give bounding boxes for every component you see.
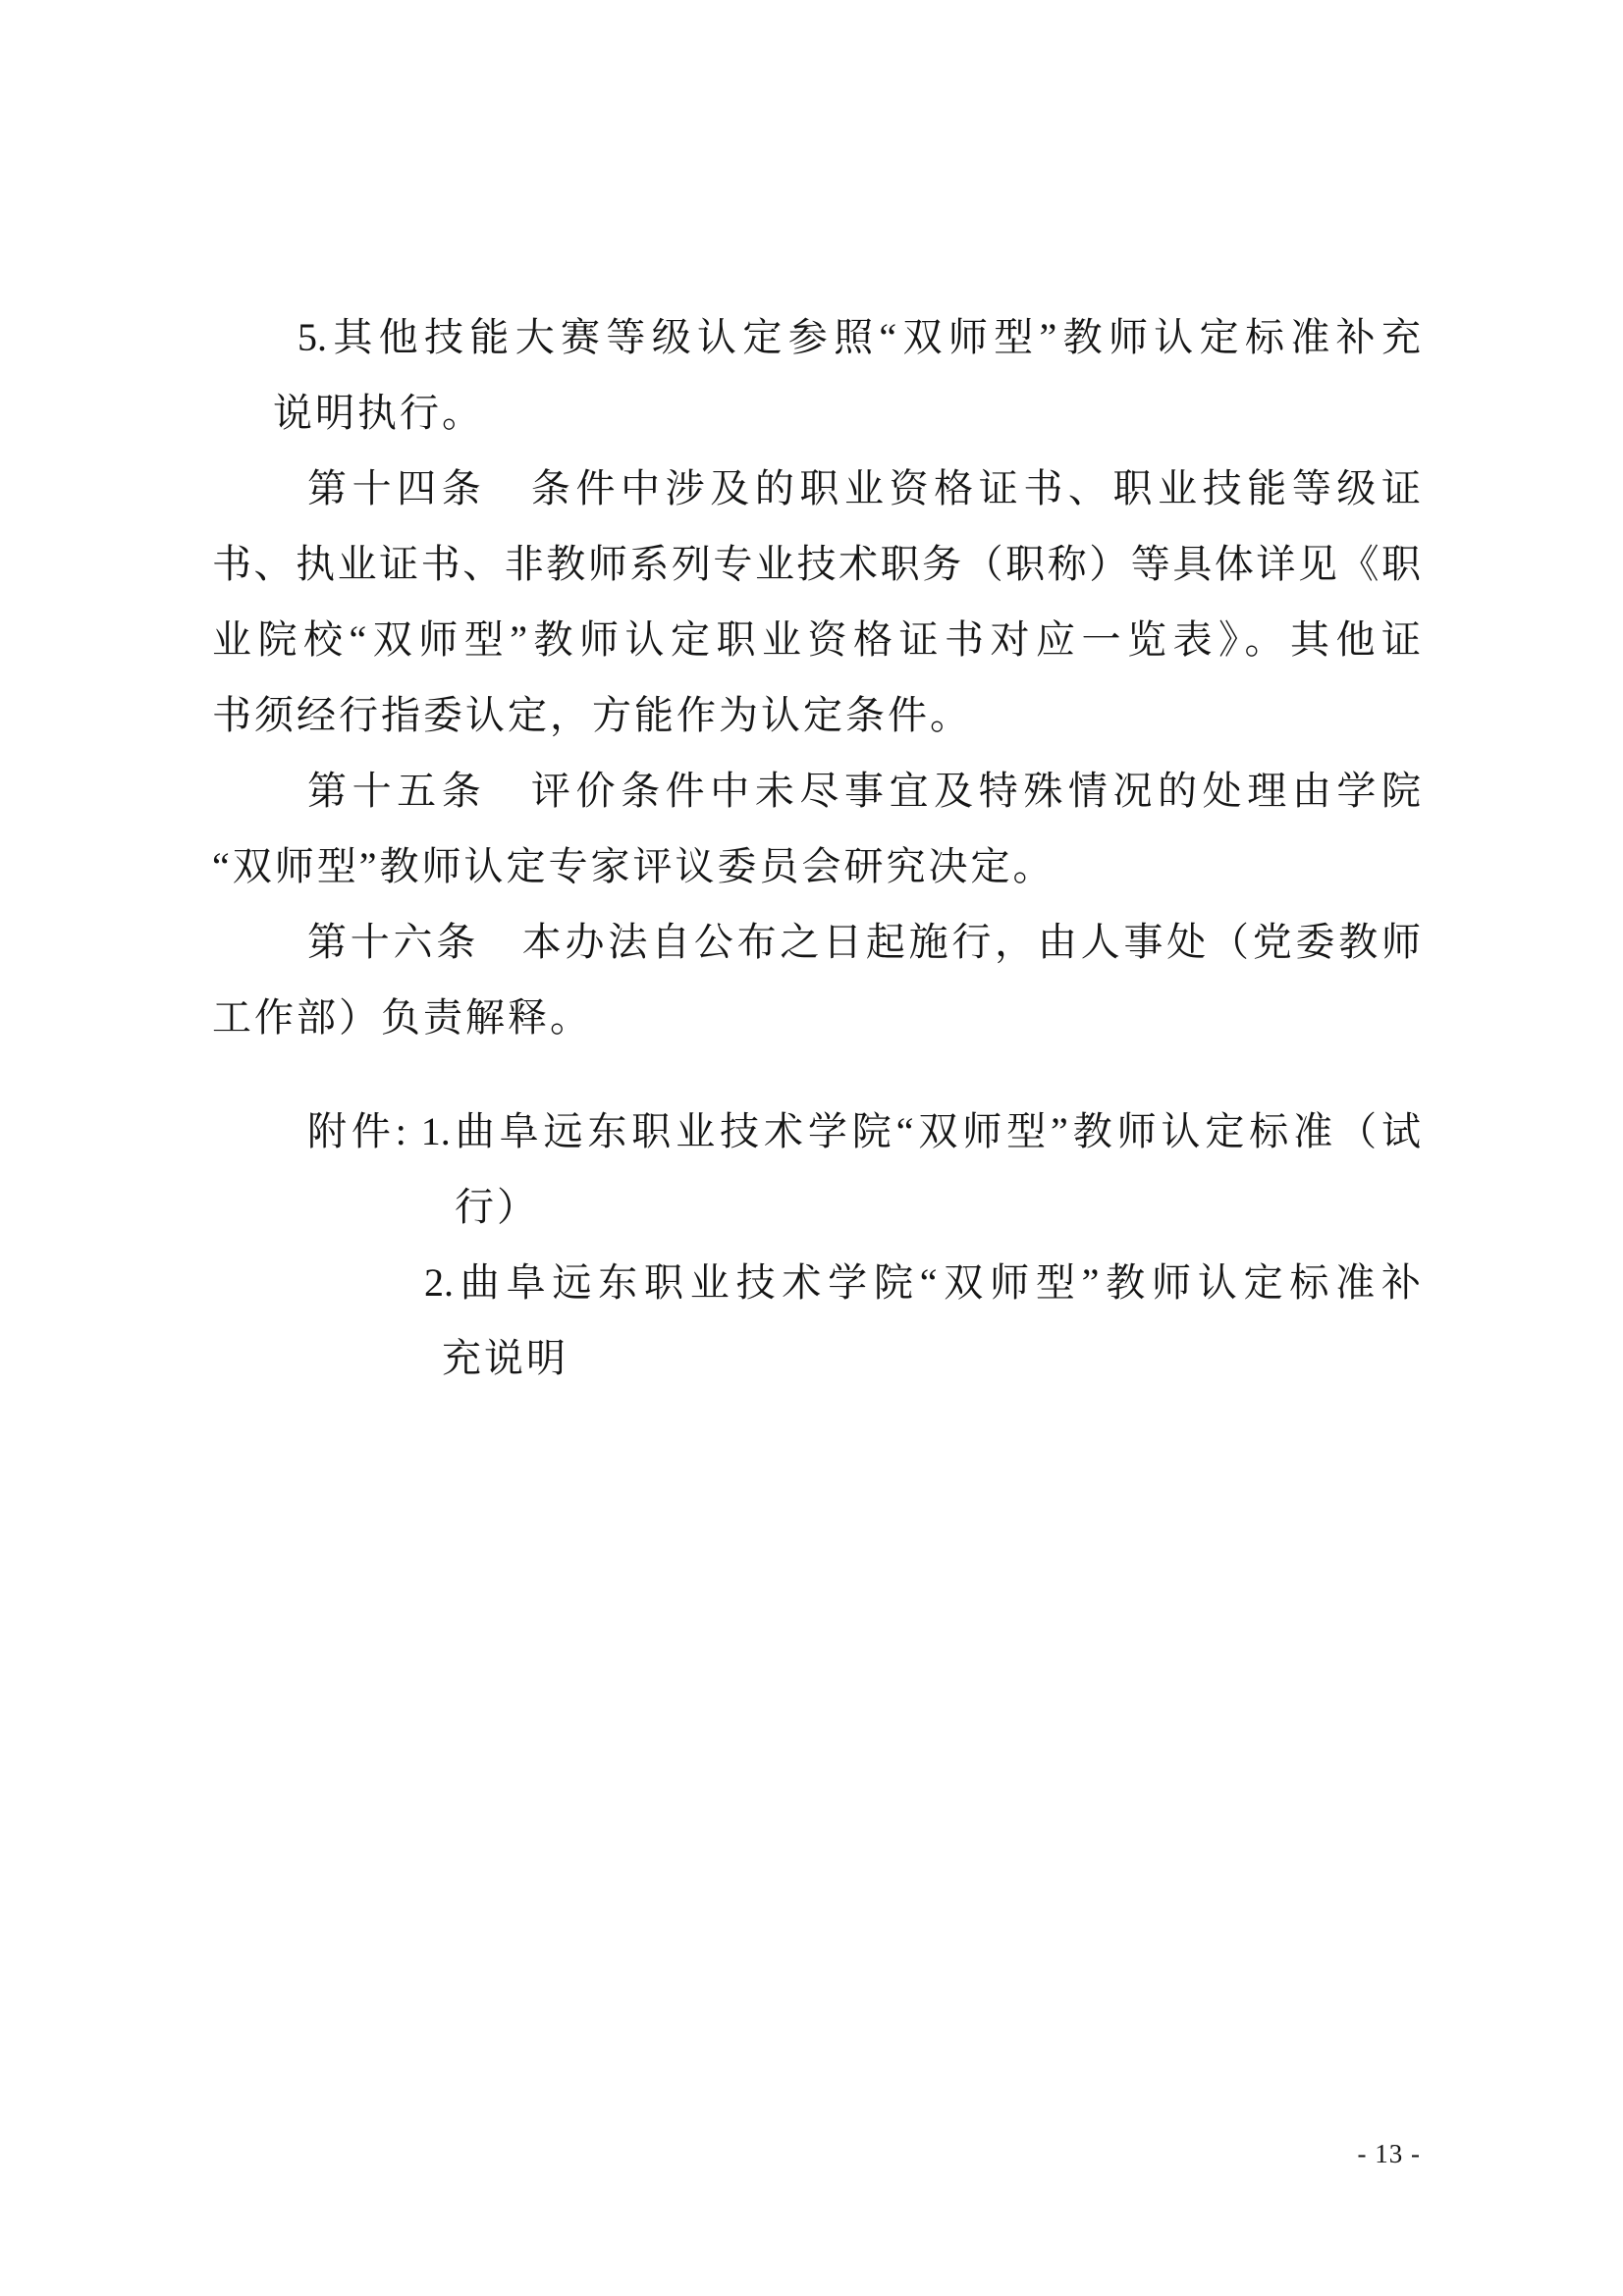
text-line: 书、执业证书、非教师系列专业技术职务（职称）等具体详见《职 [212,526,1421,602]
attachment-line: 附件: 1.曲阜远东职业技术学院“双师型”教师认定标准（试 [212,1094,1421,1169]
text-line: 5.其他技能大赛等级认定参照“双师型”教师认定标准补充 [212,299,1421,375]
attachment-list: 附件: 1.曲阜远东职业技术学院“双师型”教师认定标准（试 行） 2.曲阜远东职… [212,1094,1421,1396]
text-line: 第十六条 本办法自公布之日起施行，由人事处（党委教师 [212,904,1421,980]
document-page: 5.其他技能大赛等级认定参照“双师型”教师认定标准补充 说明执行。 第十四条 条… [0,0,1623,2296]
text-line: “双师型”教师认定专家评议委员会研究决定。 [212,828,1421,904]
text-line: 业院校“双师型”教师认定职业资格证书对应一览表》。其他证 [212,602,1421,677]
text-line: 书须经行指委认定，方能作为认定条件。 [212,677,1421,753]
attachment-line: 行） [212,1169,1421,1245]
page-number: - 13 - [1358,2136,1421,2171]
text-line: 说明执行。 [212,375,1421,451]
text-line: 第十五条 评价条件中未尽事宜及特殊情况的处理由学院 [212,753,1421,828]
attachment-line: 2.曲阜远东职业技术学院“双师型”教师认定标准补 [212,1245,1421,1320]
document-body: 5.其他技能大赛等级认定参照“双师型”教师认定标准补充 说明执行。 第十四条 条… [212,299,1421,1396]
text-line: 第十四条 条件中涉及的职业资格证书、职业技能等级证 [212,451,1421,526]
attachment-line: 充说明 [212,1320,1421,1396]
text-line: 工作部）负责解释。 [212,980,1421,1055]
